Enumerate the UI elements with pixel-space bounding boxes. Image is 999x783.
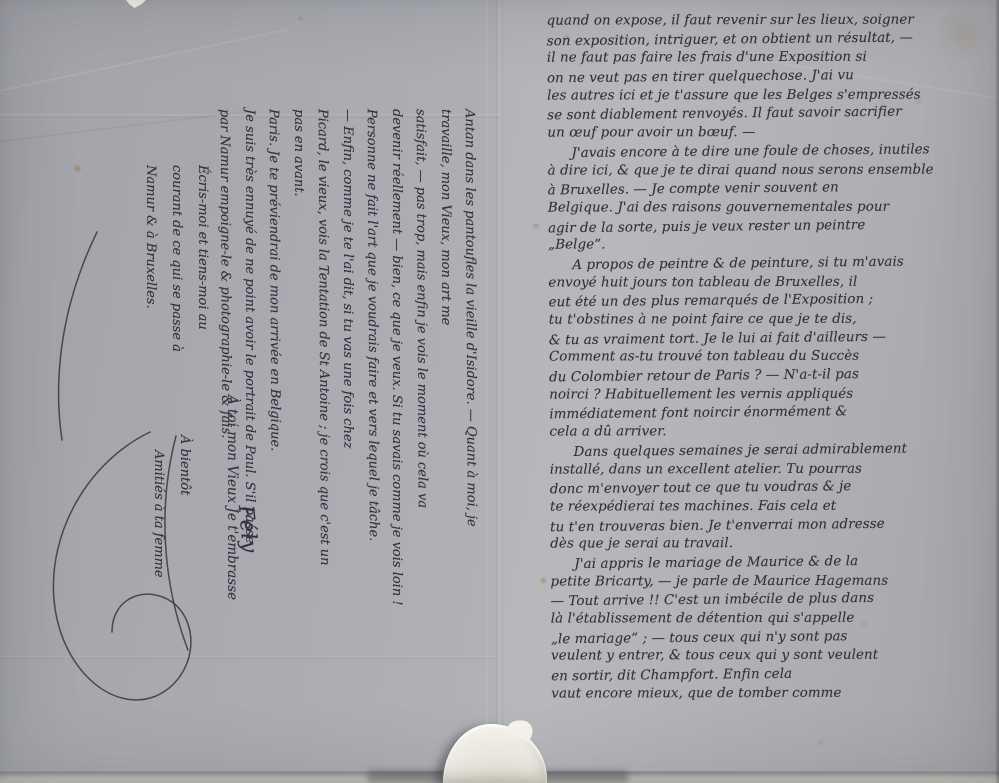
handwritten-line: quand on expose, il faut revenir sur les… (547, 12, 989, 32)
handwritten-line: là l'établissement de détention qui s'ap… (551, 610, 993, 630)
handwritten-line: — Enfin, comme je te l'ai dit, si tu vas… (331, 109, 356, 606)
handwritten-line: du Colombier retour de Paris ? — N'a-t-i… (549, 366, 991, 389)
handwritten-line: Namur & à Bruxelles. (132, 165, 158, 352)
handwritten-line: Dans quelques semaines je serai admirabl… (550, 440, 992, 463)
handwritten-line: travaille, mon Vieux, mon art me (429, 109, 454, 606)
closing-soon: À bientôt (177, 435, 192, 495)
stain (539, 576, 548, 585)
signature: Fély (234, 504, 262, 554)
handwritten-line: A propos de peintre & de peinture, si tu… (548, 254, 990, 277)
handwritten-line: J'ai appris le mariage de Maurice & de l… (550, 553, 992, 576)
closing-regards: Amitiés à ta femme (151, 450, 166, 578)
handwritten-line: Picard, le vieux, vois la Tentation de S… (305, 109, 332, 606)
left-page: Antan dans les pantoufles la vieille d'I… (18, 103, 490, 783)
handwritten-line: on ne veut pas en tirer quelquechose. J'… (547, 67, 989, 90)
handwritten-line: courant de ce qui se passe à (158, 165, 184, 352)
handwritten-line: satisfait, — pas trop, mais enfin je voi… (403, 109, 430, 606)
handwritten-line: en sortir, dit Champfort. Enfin cela (551, 665, 993, 688)
handwritten-line: Belgique. J'ai des raisons gouvernementa… (548, 199, 990, 219)
letter-sheet: quand on expose, il faut revenir sur les… (0, 0, 999, 783)
handwritten-line: vaut encore mieux, que de tomber comme (551, 685, 993, 705)
handwritten-line: Antan dans les pantoufles la vieille d'I… (452, 109, 479, 606)
right-edge-shadow (995, 0, 999, 783)
handwritten-line: J'avais encore à te dire une foule de ch… (547, 142, 989, 165)
handwritten-line: tu t'obstines à ne point faire ce que je… (549, 311, 991, 331)
handwritten-line: te réexpédierai tes machines. Fais cela … (550, 498, 992, 518)
handwritten-line: Écris-moi et tiens-moi au (184, 165, 210, 352)
right-page: quand on expose, il faut revenir sur les… (547, 11, 994, 720)
closing-farewell: À toi mon Vieux Je t'embrasse (224, 395, 240, 600)
stain (816, 738, 825, 747)
postscript: Écris-moi et tiens-moi au courant de ce … (132, 165, 210, 352)
handwritten-line: devenir réellement — bien, ce que je veu… (380, 109, 405, 606)
handwritten-line: pas en avant. (282, 109, 307, 606)
stain (532, 222, 540, 230)
handwritten-line: Personne ne fait l'art que je voudrais f… (354, 109, 381, 606)
